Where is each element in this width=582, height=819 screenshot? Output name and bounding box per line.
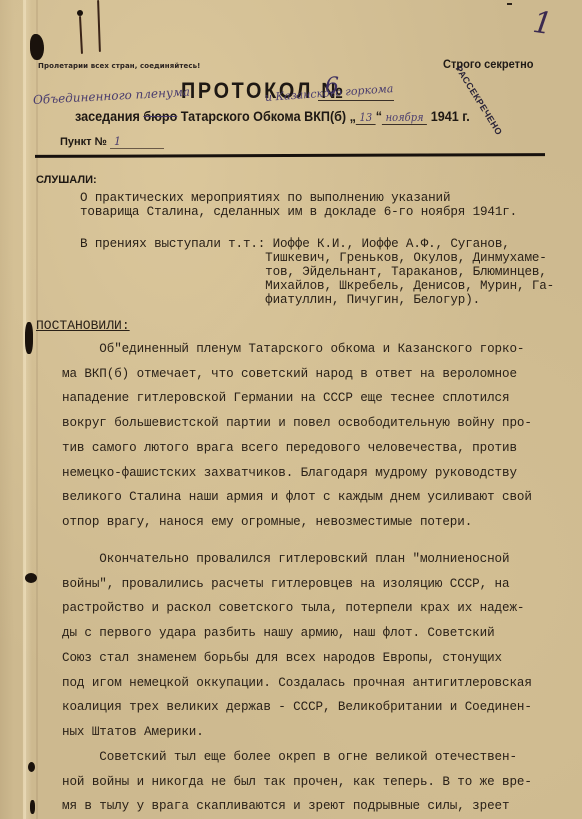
- heard-label: СЛУШАЛИ:: [36, 174, 97, 186]
- paper-fold-shadow: [36, 0, 38, 819]
- item-label: Пункт №: [60, 136, 107, 148]
- heard-subject: О практических мероприятиях по выполнени…: [80, 191, 517, 219]
- binding-hole: [25, 573, 37, 583]
- binding-hole: [28, 762, 35, 772]
- binding-hole: [25, 322, 33, 354]
- item-number: 1: [110, 135, 164, 149]
- paper-fold: [23, 0, 26, 819]
- page-number: 1: [531, 5, 555, 42]
- resolution-paragraph-3: Советский тыл еще более окреп в огне вел…: [62, 745, 532, 819]
- motto: Пролетарии всех стран, соединяйтесь!: [38, 62, 200, 70]
- handwritten-addition: Объединенного пленума: [33, 85, 191, 107]
- struck-word: бюро: [143, 108, 177, 124]
- resolved-label: ПОСТАНОВИЛИ:: [36, 318, 130, 333]
- binding-hole: [30, 34, 44, 60]
- resolution-paragraph-2: Окончательно провалился гитлеровский пла…: [62, 547, 532, 745]
- date-month: ноября: [382, 111, 427, 125]
- mark-dash: [507, 3, 512, 5]
- meeting-line: заседания бюро Татарского Обкома ВКП(б) …: [75, 108, 470, 124]
- binding-hole: [30, 800, 35, 814]
- header-rule: [35, 153, 545, 158]
- binding-thread: [79, 16, 83, 54]
- binding-thread: [97, 0, 101, 52]
- protocol-number-line: [318, 100, 394, 101]
- date-year: 1941 г.: [431, 108, 470, 124]
- date-day: 13: [356, 111, 376, 125]
- resolution-paragraph-1: Об"единенный пленум Татарского обкома и …: [62, 337, 532, 535]
- item-line: Пункт № 1: [60, 135, 164, 149]
- speakers-list: В прениях выступали т.т.: Иоффе К.И., Ио…: [80, 237, 554, 307]
- declassified-stamp: РАССЕКРЕЧЕНО: [454, 64, 505, 137]
- meeting-prefix: заседания: [75, 108, 140, 124]
- meeting-body: Татарского Обкома ВКП(б): [181, 108, 346, 124]
